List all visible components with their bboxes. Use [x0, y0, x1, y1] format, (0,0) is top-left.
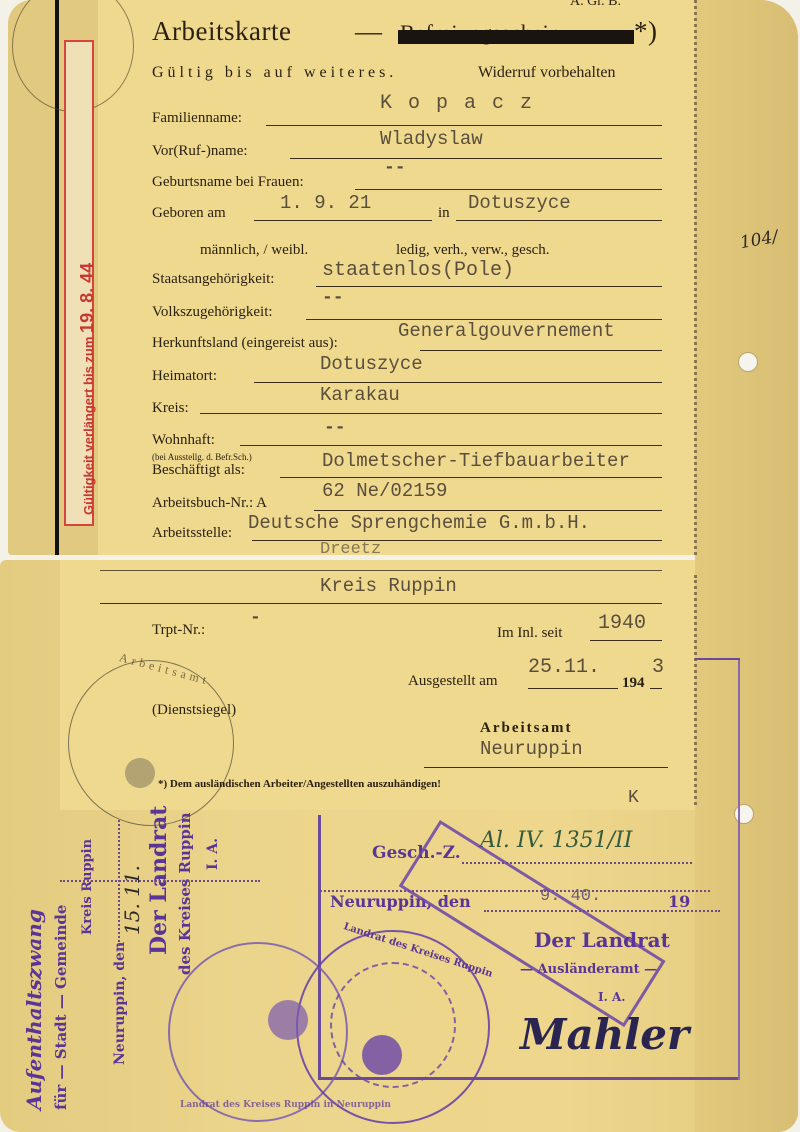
value-trpt: -: [250, 608, 261, 628]
label-volkszugehoerigkeit: Volkszugehörigkeit:: [152, 304, 273, 321]
registration-border-top: [695, 658, 740, 660]
punch-hole-lower: [734, 804, 754, 824]
seal-left-text: Landrat des Kreises Ruppin in Neuruppin: [180, 1100, 391, 1110]
value-herkunftsland: Generalgouvernement: [398, 320, 615, 342]
registration-ia: I. A.: [598, 990, 625, 1004]
label-herkunftsland: Herkunftsland (eingereist aus):: [152, 335, 338, 352]
rule-herkunftsland: [420, 350, 662, 351]
dienstsiegel-label: (Dienstsiegel): [152, 702, 236, 719]
value-arbeitsstelle-line2: Dreetz: [320, 540, 381, 559]
seal-right-emblem: [362, 1035, 402, 1075]
sex-options: männlich, / weibl.: [200, 242, 308, 259]
label-beschaeftigt: Beschäftigt als:: [152, 462, 245, 479]
label-geboren-in: in: [438, 205, 450, 222]
value-volkszugehoerigkeit: --: [322, 288, 344, 308]
residence-permit-date-rule: [118, 820, 120, 950]
value-arbeitsstelle: Deutsche Sprengchemie G.m.b.H.: [248, 512, 590, 534]
rule-staatsangehoerigkeit: [316, 286, 662, 287]
value-arbeitsstelle-line3: Kreis Ruppin: [320, 575, 457, 597]
rule-beschaeftigt: [280, 477, 662, 478]
revocation-text: Widerruf vorbehalten: [478, 64, 616, 82]
rule-issuer: [424, 767, 668, 768]
punch-hole-upper: [738, 352, 758, 372]
rule-arbeitsbuch: [314, 510, 662, 511]
value-ausgestellt-date: 25.11.: [528, 656, 600, 679]
label-ausgestellt: Ausgestellt am: [408, 673, 498, 690]
label-wohnhaft: Wohnhaft:: [152, 432, 215, 449]
value-wohnhaft: --: [324, 418, 346, 438]
arbeitsamt-seal: [68, 660, 234, 826]
footnote: *) Dem ausländischen Arbeiter/Angestellt…: [158, 778, 441, 790]
title-suffix: *): [634, 16, 658, 47]
value-beschaeftigt: Dolmetscher-Tiefbauarbeiter: [322, 450, 630, 472]
label-arbeitsstelle: Arbeitsstelle:: [152, 525, 232, 542]
rule-geboren-date: [254, 220, 432, 221]
value-kreis: Karakau: [320, 384, 400, 406]
validity-extension-text: Gültigkeit verlängert bis zum 19. 8. 44: [77, 263, 98, 515]
rule-im-inland: [590, 640, 662, 641]
value-geburtsname: --: [384, 158, 406, 178]
rule-vorname: [290, 158, 662, 159]
perforation-right-lower: [694, 575, 697, 805]
registration-year-label: 19: [668, 892, 690, 911]
label-geboren: Geboren am: [152, 205, 226, 222]
label-staatsangehoerigkeit: Staatsangehörigkeit:: [152, 271, 274, 288]
value-vorname: Wladyslaw: [380, 128, 483, 150]
rule-wohnhaft: [240, 445, 662, 446]
label-kreis: Kreis:: [152, 400, 189, 417]
issuer-label: Arbeitsamt: [480, 720, 572, 737]
registration-authority: Der Landrat: [534, 928, 670, 952]
label-ausgestellt-year: 194: [622, 675, 645, 692]
rule-ausgestellt-year: [650, 688, 662, 689]
value-geboren-date: 1. 9. 21: [280, 192, 371, 214]
label-geburtsname: Geburtsname bei Frauen:: [152, 174, 304, 191]
residence-permit-date: 15. 11.: [120, 865, 144, 935]
marital-options: ledig, verh., verw., gesch.: [396, 242, 550, 259]
registration-border-right: [738, 660, 740, 1080]
label-im-inland: Im Inl. seit: [497, 625, 562, 642]
rule-geboren-place: [456, 220, 662, 221]
value-geboren-place: Dotuszyce: [468, 192, 571, 214]
rule-heimatort: [254, 382, 662, 383]
value-im-inland: 1940: [598, 612, 646, 635]
rule-arbeitsstelle-3: [100, 603, 662, 604]
label-vorname: Vor(Ruf-)name:: [152, 143, 248, 160]
redaction-bar: [398, 30, 634, 44]
value-arbeitsbuch: 62 Ne/02159: [322, 480, 447, 502]
perforation-right: [694, 0, 697, 555]
rule-arbeitsstelle: [252, 540, 662, 541]
right-fold: [695, 0, 798, 1132]
k-mark: K: [628, 788, 639, 808]
signature: Mahler: [520, 1010, 689, 1059]
rule-arbeitsstelle-2: [100, 570, 662, 571]
document-title: Arbeitskarte: [152, 16, 291, 47]
note-wohnhaft: (bei Ausstellg. d. Befr.Sch.): [152, 452, 252, 462]
value-familienname: K o p a c z: [380, 92, 534, 115]
residence-permit-ia: I. A.: [205, 838, 221, 870]
rule-familienname: [266, 125, 662, 126]
residence-permit-line2: Kreis Ruppin: [80, 839, 95, 935]
residence-permit-divider: [60, 880, 260, 882]
label-heimatort: Heimatort:: [152, 368, 217, 385]
residence-permit-line1: für — Stadt — Gemeinde: [52, 905, 70, 1110]
issuer-place: Neuruppin: [480, 738, 583, 760]
label-trpt: Trpt-Nr.:: [152, 622, 205, 639]
label-arbeitsbuch: Arbeitsbuch-Nr.: A: [152, 495, 267, 512]
residence-permit-authority2: des Kreises Ruppin: [176, 813, 194, 976]
form-code: A. Gr. B.: [570, 0, 621, 10]
validity-text: Gültig bis auf weiteres.: [152, 64, 397, 82]
residence-permit-line3: Neuruppin, den: [112, 942, 128, 1065]
arbeitsamt-seal-emblem: [125, 758, 155, 788]
value-heimatort: Dotuszyce: [320, 353, 423, 375]
rule-ausgestellt: [528, 688, 618, 689]
label-familienname: Familienname:: [152, 110, 242, 127]
registration-department: — Ausländeramt —: [520, 962, 657, 977]
title-dash: —: [355, 16, 383, 47]
gesch-value: Al. IV. 1351/II: [480, 828, 632, 853]
value-ausgestellt-year: 3: [652, 656, 664, 679]
residence-permit-title: Aufenthaltszwang: [22, 909, 46, 1110]
rule-kreis: [200, 413, 662, 414]
seal-left-emblem: [268, 1000, 308, 1040]
value-staatsangehoerigkeit: staatenlos(Pole): [322, 259, 514, 282]
rule-geburtsname: [355, 189, 662, 190]
